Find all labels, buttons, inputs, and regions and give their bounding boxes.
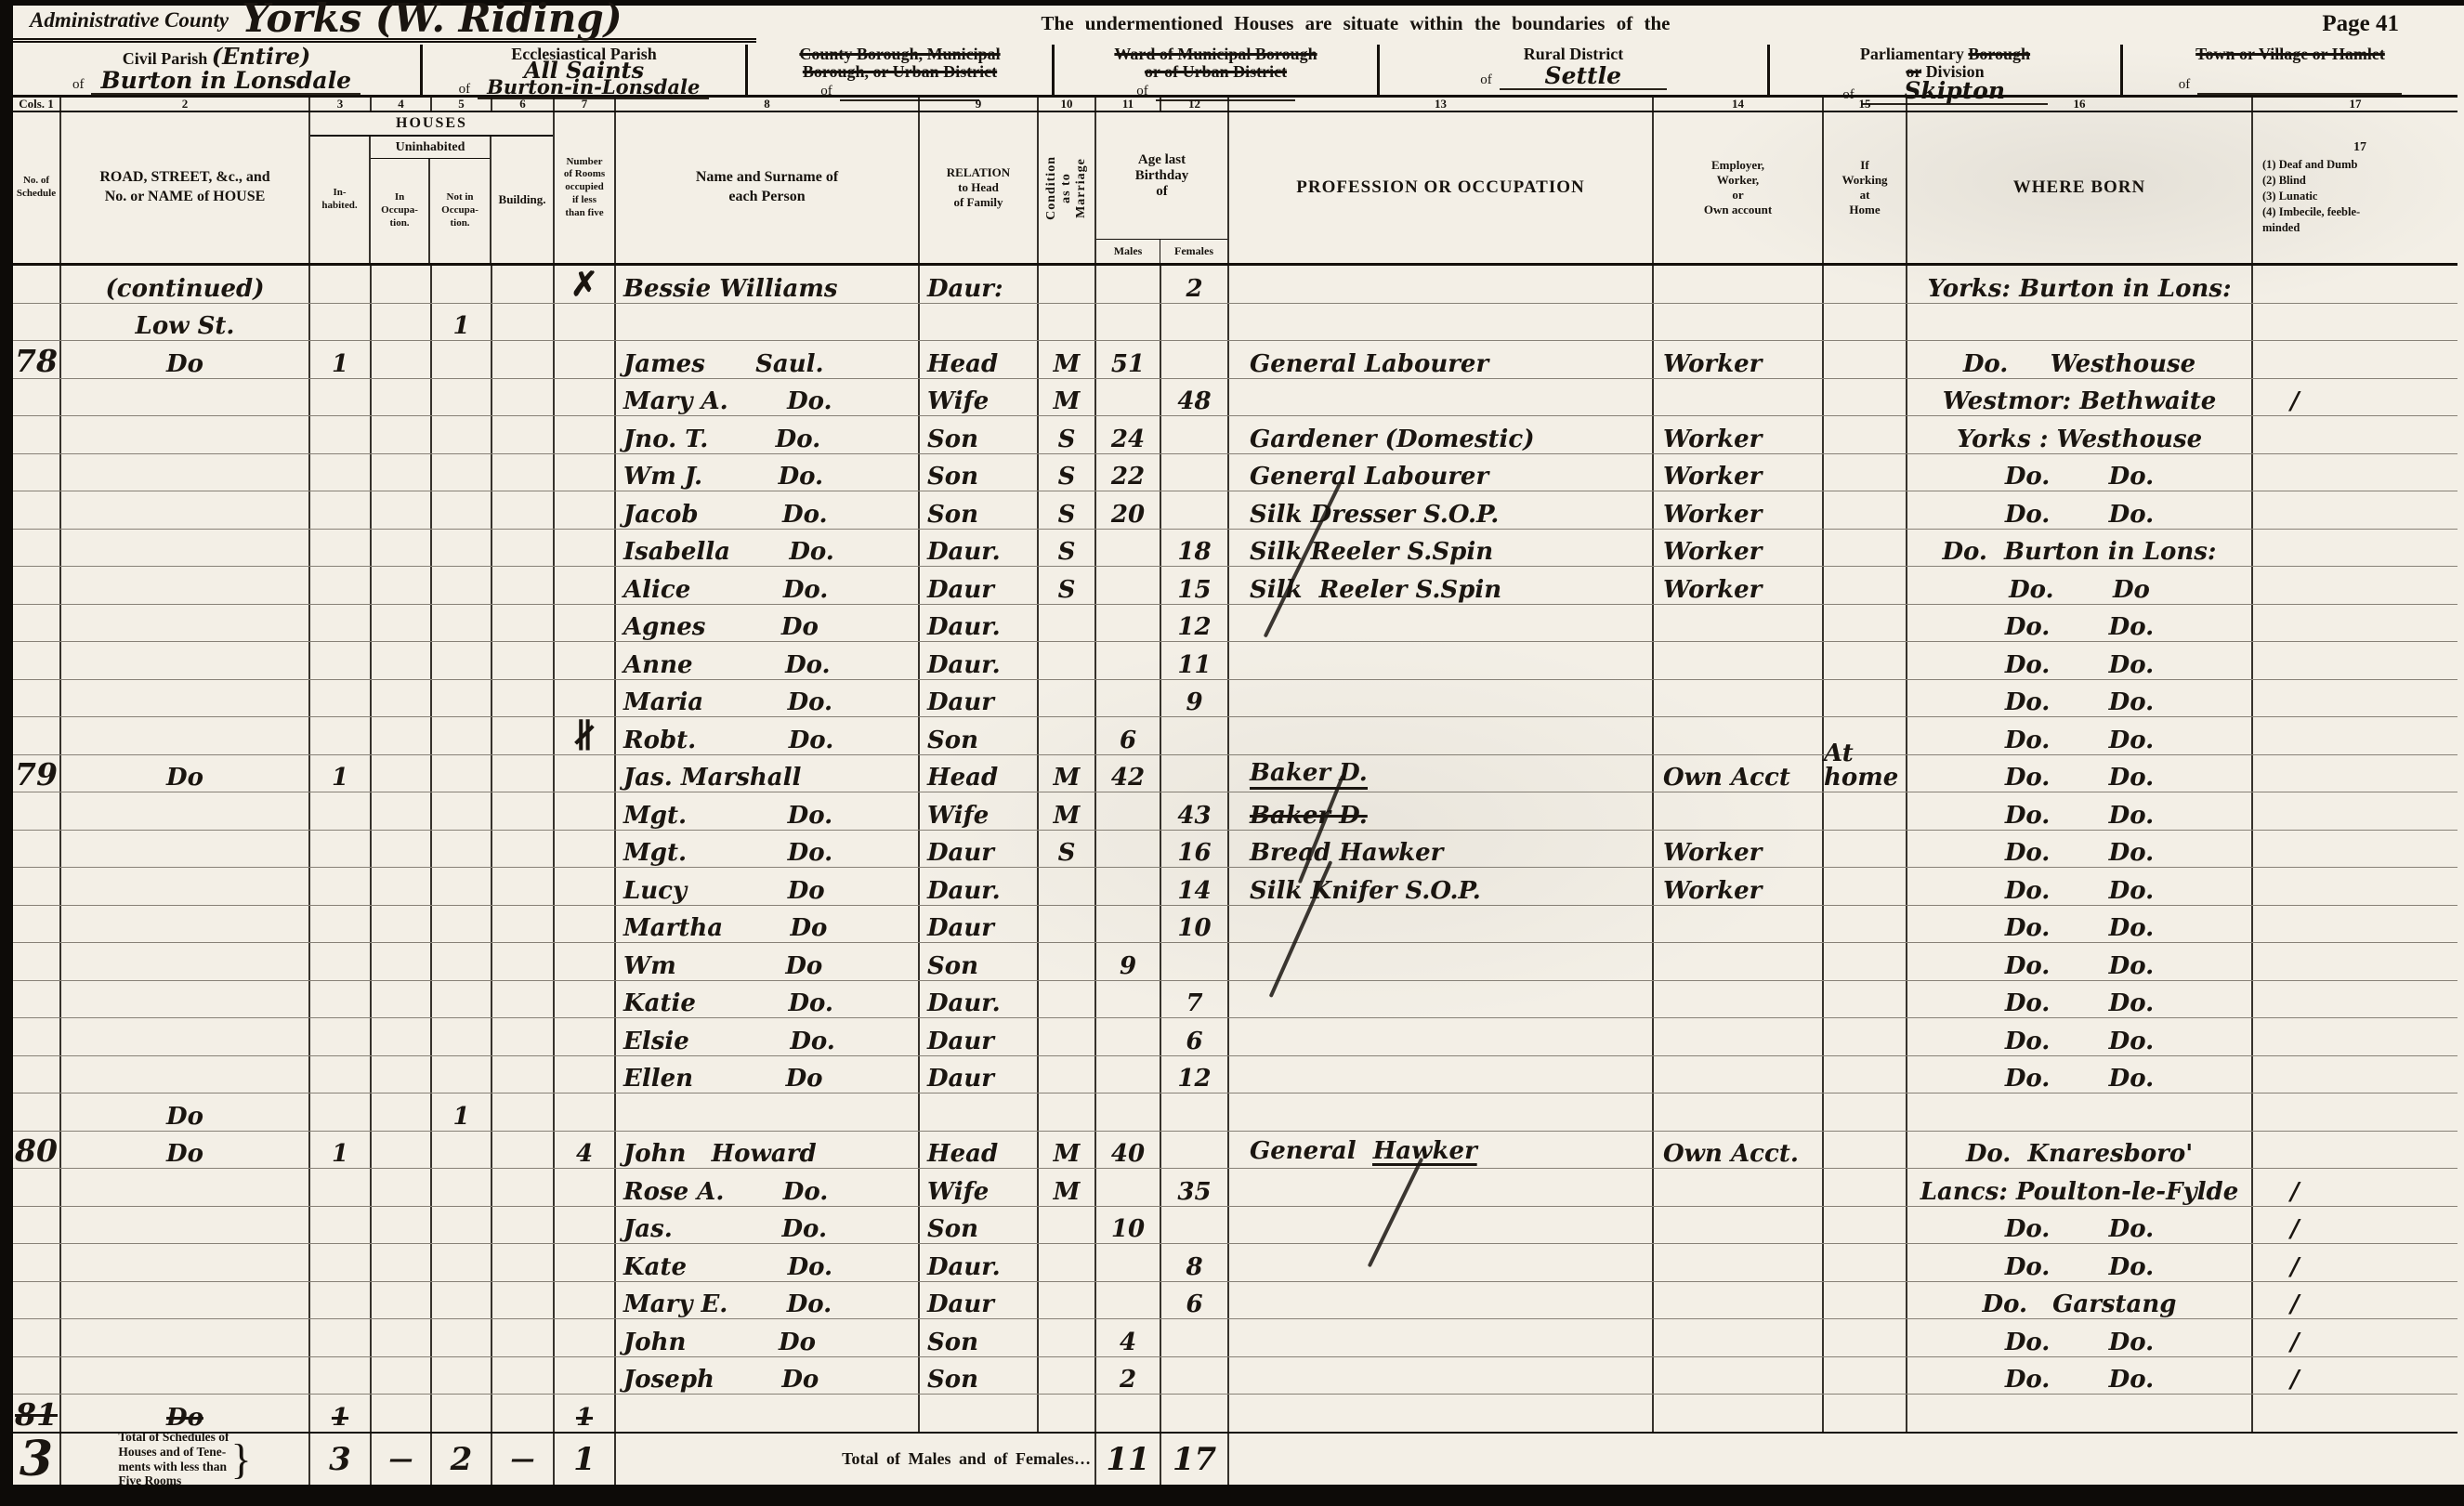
cell-c6 [492, 530, 555, 567]
cell-s [13, 605, 61, 642]
header-houses-group: HOUSES In- habited. Uninhabited In Occup… [310, 112, 555, 263]
cell-cond [1039, 1093, 1096, 1131]
cell-f [1161, 1093, 1229, 1131]
cell-name: James Saul. [616, 341, 920, 378]
cell-c6 [492, 1395, 555, 1432]
cell-cond [1039, 1395, 1096, 1432]
cell-m [1096, 1282, 1161, 1319]
cell-home [1824, 530, 1907, 567]
cell-emp: Own Acct. [1654, 1132, 1824, 1169]
cell-c5 [432, 680, 492, 717]
cell-inf [2253, 605, 2457, 642]
cell-born: Do. Do. [1907, 605, 2253, 642]
cell-c7: 1 [555, 1395, 616, 1432]
cell-occ: Silk Dresser S.O.P. [1229, 491, 1654, 529]
cell-name [616, 1395, 920, 1432]
cell-emp [1654, 1244, 1824, 1281]
cell-road [61, 717, 310, 754]
cell-f [1161, 755, 1229, 792]
cell-m [1096, 831, 1161, 868]
header-infirmity-list: (1) Deaf and Dumb (2) Blind (3) Lunatic … [2262, 157, 2457, 235]
census-row: Isabella Do.Daur.S18Silk Reeler S.SpinWo… [13, 530, 2457, 568]
census-row: Jas. Do.Son10Do. Do./ [13, 1207, 2457, 1245]
cell-born: Do. Do. [1907, 755, 2253, 792]
cell-inf [2253, 906, 2457, 943]
cell-c7: 4 [555, 1132, 616, 1169]
cell-inf [2253, 943, 2457, 980]
cell-s [13, 1169, 61, 1206]
header-males: Males [1096, 240, 1160, 263]
cell-c4 [372, 717, 432, 754]
cell-rel: Daur [920, 1282, 1039, 1319]
administrative-county-value: Yorks (W. Riding) [242, 0, 623, 38]
cell-road [61, 379, 310, 416]
cell-occ [1229, 981, 1654, 1018]
cell-c5 [432, 943, 492, 980]
header-females: Females [1160, 240, 1227, 263]
cell-c7 [555, 1093, 616, 1131]
column-number: Cols. 1 [13, 98, 61, 111]
cell-road: Do [61, 755, 310, 792]
census-row: Joseph DoSon2Do. Do./ [13, 1357, 2457, 1395]
cell-born: Do. Burton in Lons: [1907, 530, 2253, 567]
cell-c4 [372, 379, 432, 416]
cell-m: 9 [1096, 943, 1161, 980]
cell-emp [1654, 981, 1824, 1018]
cell-rel: Son [920, 491, 1039, 529]
cell-cond [1039, 266, 1096, 303]
cell-occ [1229, 1169, 1654, 1206]
cell-rel: Daur. [920, 605, 1039, 642]
cell-home [1824, 1093, 1907, 1131]
cell-f: 7 [1161, 981, 1229, 1018]
cell-name: Ellen Do [616, 1056, 920, 1093]
cell-m [1096, 906, 1161, 943]
rural-district-label: Rural District [1380, 46, 1767, 63]
cell-c7 [555, 530, 616, 567]
cell-home [1824, 981, 1907, 1018]
cell-m [1096, 1395, 1161, 1432]
cell-c3: 1 [310, 341, 372, 378]
cell-emp [1654, 792, 1824, 830]
cell-name: John Do [616, 1319, 920, 1356]
cell-home [1824, 304, 1907, 341]
cell-c7 [555, 868, 616, 905]
cell-emp: Worker [1654, 454, 1824, 491]
cell-s [13, 567, 61, 604]
cell-m [1096, 605, 1161, 642]
town-village-label: Town or Village or Hamlet [2123, 46, 2457, 63]
cell-home [1824, 1357, 1907, 1395]
cell-s [13, 1244, 61, 1281]
of-label: of [72, 77, 85, 95]
cell-c7 [555, 1282, 616, 1319]
census-row: Mary A. Do.WifeM48Westmor: Bethwaite/ [13, 379, 2457, 417]
cell-emp [1654, 379, 1824, 416]
cell-rel: Daur [920, 680, 1039, 717]
page-edge-bottom [0, 1485, 2464, 1506]
cell-s [13, 906, 61, 943]
cell-rel: Daur [920, 1056, 1039, 1093]
cell-occ [1229, 1093, 1654, 1131]
cell-road [61, 1207, 310, 1244]
census-row: Katie Do.Daur.7Do. Do. [13, 981, 2457, 1019]
cell-road [61, 906, 310, 943]
cell-c6 [492, 755, 555, 792]
cell-c4 [372, 454, 432, 491]
cell-f: 48 [1161, 379, 1229, 416]
cell-inf [2253, 454, 2457, 491]
county-borough-box: County Borough, Municipal Borough, or Ur… [745, 45, 1052, 95]
cell-cond [1039, 1018, 1096, 1055]
column-number: 7 [555, 98, 616, 111]
cell-inf: / [2253, 1207, 2457, 1244]
cell-cond: S [1039, 454, 1096, 491]
cell-rel: Son [920, 1319, 1039, 1356]
cell-c6 [492, 1282, 555, 1319]
cell-born: Do. Do. [1907, 1207, 2253, 1244]
cell-m [1096, 1169, 1161, 1206]
census-row: 79Do1Jas. MarshallHeadM42Baker D.Own Acc… [13, 755, 2457, 793]
cell-occ [1229, 680, 1654, 717]
cell-born: Do. Do. [1907, 943, 2253, 980]
cell-m: 4 [1096, 1319, 1161, 1356]
total-building: — [492, 1434, 555, 1485]
cell-c3 [310, 304, 372, 341]
header-age-group: Age last Birthday of Males Females [1096, 112, 1229, 263]
parliamentary-label: Parliamentary [1860, 45, 1968, 63]
cell-rel: Daur. [920, 642, 1039, 679]
header-building: Building. [491, 137, 553, 263]
cell-home [1824, 341, 1907, 378]
of-label: of [2179, 77, 2191, 95]
cell-home [1824, 1282, 1907, 1319]
cell-c6 [492, 567, 555, 604]
cell-inf [2253, 1056, 2457, 1093]
total-uninhabited-in-occ: — [372, 1434, 432, 1485]
cell-c5 [432, 1056, 492, 1093]
header-relation: RELATION to Head of Family [920, 112, 1039, 263]
cell-c6 [492, 1319, 555, 1356]
cell-inf [2253, 1395, 2457, 1432]
cell-rel: Daur. [920, 868, 1039, 905]
cell-emp [1654, 943, 1824, 980]
cell-f [1161, 1357, 1229, 1395]
cell-emp: Worker [1654, 868, 1824, 905]
cell-c7 [555, 1169, 616, 1206]
cell-f: 9 [1161, 680, 1229, 717]
cell-m [1096, 304, 1161, 341]
cell-born: Do. Do. [1907, 868, 2253, 905]
cell-s [13, 1093, 61, 1131]
cell-f [1161, 717, 1229, 754]
column-number: 4 [372, 98, 432, 111]
page-edge-left [0, 0, 13, 1506]
cell-emp: Worker [1654, 341, 1824, 378]
cell-c4 [372, 792, 432, 830]
census-row: Low St.1 [13, 304, 2457, 342]
cell-c5 [432, 1282, 492, 1319]
cell-cond: S [1039, 831, 1096, 868]
cell-inf [2253, 717, 2457, 754]
header-in-occupation: In Occupa- tion. [371, 159, 430, 263]
cell-name: Jno. T. Do. [616, 416, 920, 453]
cell-c3 [310, 1207, 372, 1244]
cell-f: 15 [1161, 567, 1229, 604]
cell-m [1096, 792, 1161, 830]
cell-cond: M [1039, 1132, 1096, 1169]
cell-s [13, 416, 61, 453]
cell-occ: General Labourer [1229, 454, 1654, 491]
cell-c3 [310, 567, 372, 604]
cell-c4 [372, 906, 432, 943]
cell-s [13, 943, 61, 980]
cell-c5 [432, 567, 492, 604]
cell-s [13, 266, 61, 303]
cell-f: 14 [1161, 868, 1229, 905]
cell-m [1096, 868, 1161, 905]
cell-home [1824, 680, 1907, 717]
cell-home [1824, 1244, 1907, 1281]
cell-name: Mary E. Do. [616, 1282, 920, 1319]
census-row: 78Do1James Saul.HeadM51General LabourerW… [13, 341, 2457, 379]
total-males-females-label: Total of Males and of Females… [616, 1434, 1096, 1485]
cell-m: 6 [1096, 717, 1161, 754]
cell-name: Kate Do. [616, 1244, 920, 1281]
cell-inf [2253, 491, 2457, 529]
cell-name [616, 1093, 920, 1131]
cell-c4 [372, 341, 432, 378]
cell-c4 [372, 266, 432, 303]
cell-s [13, 1056, 61, 1093]
cell-born: Do. Do. [1907, 981, 2253, 1018]
cell-cond: M [1039, 792, 1096, 830]
cell-born [1907, 304, 2253, 341]
cell-home [1824, 605, 1907, 642]
census-row: Agnes DoDaur.12Do. Do. [13, 605, 2457, 643]
cell-home [1824, 1018, 1907, 1055]
cell-f [1161, 341, 1229, 378]
census-row: Wm J. Do.SonS22General LabourerWorkerDo.… [13, 454, 2457, 492]
cell-c5 [432, 1207, 492, 1244]
cell-born [1907, 1093, 2253, 1131]
cell-emp [1654, 1395, 1824, 1432]
cell-s [13, 1282, 61, 1319]
cell-c3: 1 [310, 755, 372, 792]
cell-c4 [372, 1018, 432, 1055]
cell-c3 [310, 717, 372, 754]
cell-s [13, 491, 61, 529]
cell-f [1161, 491, 1229, 529]
cell-rel: Son [920, 1207, 1039, 1244]
cell-f: 43 [1161, 792, 1229, 830]
totals-label: Total of Schedules of Houses and of Tene… [118, 1430, 229, 1487]
column-number: 16 [1907, 98, 2253, 111]
cell-born: Do. Do. [1907, 680, 2253, 717]
cell-c3 [310, 454, 372, 491]
cell-emp [1654, 1357, 1824, 1395]
cell-born: Westmor: Bethwaite [1907, 379, 2253, 416]
cell-born: Do. Do. [1907, 831, 2253, 868]
cell-c7 [555, 605, 616, 642]
cell-name: Isabella Do. [616, 530, 920, 567]
cell-rel: Daur. [920, 981, 1039, 1018]
cell-c6 [492, 1093, 555, 1131]
cell-c5 [432, 1132, 492, 1169]
cell-c3 [310, 491, 372, 529]
cell-name: Wm J. Do. [616, 454, 920, 491]
cell-s [13, 981, 61, 1018]
total-schedules-count: 3 [13, 1434, 61, 1485]
cell-cond: M [1039, 341, 1096, 378]
census-row: Martha DoDaur10Do. Do. [13, 906, 2457, 944]
cell-born: Do. Do. [1907, 454, 2253, 491]
cell-home [1824, 567, 1907, 604]
ecclesiastical-parish-box: Ecclesiastical Parish All Saints of Burt… [420, 45, 745, 95]
parliamentary-box: Parliamentary Borough or Division of Ski… [1767, 45, 2120, 95]
cell-born: Do. Do. [1907, 1056, 2253, 1093]
cell-c4 [372, 943, 432, 980]
cell-road: (continued) [61, 266, 310, 303]
cell-home [1824, 642, 1907, 679]
cell-rel [920, 1093, 1039, 1131]
census-row: Rose A. Do.WifeM35Lancs: Poulton-le-Fyld… [13, 1169, 2457, 1207]
cell-f: 6 [1161, 1282, 1229, 1319]
cell-road [61, 1357, 310, 1395]
cell-f: 11 [1161, 642, 1229, 679]
cell-c3 [310, 605, 372, 642]
cell-c6 [492, 1244, 555, 1281]
cell-c5 [432, 981, 492, 1018]
cell-c3 [310, 1093, 372, 1131]
parliamentary-borough-struck: Borough [1968, 45, 2030, 63]
cell-c5 [432, 416, 492, 453]
cell-born: Do. Do. [1907, 1018, 2253, 1055]
cell-occ: Silk Reeler S.Spin [1229, 567, 1654, 604]
cell-f [1161, 1395, 1229, 1432]
cell-emp [1654, 1056, 1824, 1093]
cell-occ [1229, 1244, 1654, 1281]
cell-c5 [432, 717, 492, 754]
cell-c5 [432, 1169, 492, 1206]
county-borough-label-line1: County Borough, Municipal [748, 46, 1052, 63]
cell-f [1161, 416, 1229, 453]
column-number: 12 [1161, 98, 1229, 111]
cell-road [61, 530, 310, 567]
cell-road: Do [61, 341, 310, 378]
cell-name: Bessie Williams [616, 266, 920, 303]
cell-f [1161, 1132, 1229, 1169]
cell-m [1096, 379, 1161, 416]
cell-c6 [492, 1207, 555, 1244]
cell-home [1824, 1132, 1907, 1169]
cell-c5 [432, 1244, 492, 1281]
cell-m [1096, 1018, 1161, 1055]
census-row: Kate Do.Daur.8Do. Do./ [13, 1244, 2457, 1282]
cell-home [1824, 1319, 1907, 1356]
cell-born: Lancs: Poulton-le-Fylde [1907, 1169, 2253, 1206]
cell-inf [2253, 792, 2457, 830]
cell-occ [1229, 1282, 1654, 1319]
cell-c5 [432, 755, 492, 792]
cell-road [61, 1169, 310, 1206]
civil-parish-value: Burton in Lonsdale [91, 69, 360, 95]
cell-home [1824, 379, 1907, 416]
census-row: Jacob Do.SonS20Silk Dresser S.O.P.Worker… [13, 491, 2457, 530]
cell-c4 [372, 1132, 432, 1169]
cell-born: Do. Do. [1907, 642, 2253, 679]
cell-occ [1229, 304, 1654, 341]
cell-name: Anne Do. [616, 642, 920, 679]
cell-rel: Wife [920, 792, 1039, 830]
cell-f: 35 [1161, 1169, 1229, 1206]
cell-name: Jas. Do. [616, 1207, 920, 1244]
cell-rel: Daur [920, 1018, 1039, 1055]
cell-name: Mgt. Do. [616, 792, 920, 830]
cell-born: Do. Do. [1907, 1319, 2253, 1356]
cell-c3 [310, 642, 372, 679]
cell-c4 [372, 831, 432, 868]
cell-c5 [432, 792, 492, 830]
cell-s: 81 [13, 1395, 61, 1432]
cell-c7: ✗ [555, 266, 616, 303]
cell-f [1161, 454, 1229, 491]
cell-cond [1039, 717, 1096, 754]
cell-name: Katie Do. [616, 981, 920, 1018]
cell-occ [1229, 642, 1654, 679]
cell-cond [1039, 605, 1096, 642]
header-houses: HOUSES [310, 112, 553, 137]
cell-cond [1039, 642, 1096, 679]
cell-home [1824, 831, 1907, 868]
cell-s [13, 717, 61, 754]
census-row: Mary E. Do.Daur6Do. Garstang/ [13, 1282, 2457, 1320]
cell-c7 [555, 1319, 616, 1356]
cell-c3 [310, 792, 372, 830]
cell-name: Lucy Do [616, 868, 920, 905]
cell-cond [1039, 1319, 1096, 1356]
cell-rel: Wife [920, 379, 1039, 416]
census-row: Alice Do.DaurS15Silk Reeler S.SpinWorker… [13, 567, 2457, 605]
cell-c6 [492, 1357, 555, 1395]
cell-cond: S [1039, 416, 1096, 453]
census-row: John DoSon4Do. Do./ [13, 1319, 2457, 1357]
cell-occ [1229, 717, 1654, 754]
cell-c5 [432, 454, 492, 491]
cell-c6 [492, 1018, 555, 1055]
cell-occ [1229, 1056, 1654, 1093]
cell-inf: / [2253, 379, 2457, 416]
cell-emp: Worker [1654, 491, 1824, 529]
cell-c4 [372, 304, 432, 341]
cell-road [61, 792, 310, 830]
cell-c3 [310, 981, 372, 1018]
cell-rel: Son [920, 416, 1039, 453]
cell-c7 [555, 454, 616, 491]
cell-occ [1229, 266, 1654, 303]
census-row: ∦Robt. Do.Son6Do. Do. [13, 717, 2457, 755]
cell-c7 [555, 1207, 616, 1244]
cell-c7 [555, 981, 616, 1018]
census-row: Ellen DoDaur12Do. Do. [13, 1056, 2457, 1094]
cell-c6 [492, 717, 555, 754]
cell-m: 10 [1096, 1207, 1161, 1244]
cell-born: Yorks : Westhouse [1907, 416, 2253, 453]
totals-brace: } [231, 1434, 252, 1484]
cell-c7 [555, 1018, 616, 1055]
cell-born: Do. Do [1907, 567, 2253, 604]
cell-c3 [310, 530, 372, 567]
